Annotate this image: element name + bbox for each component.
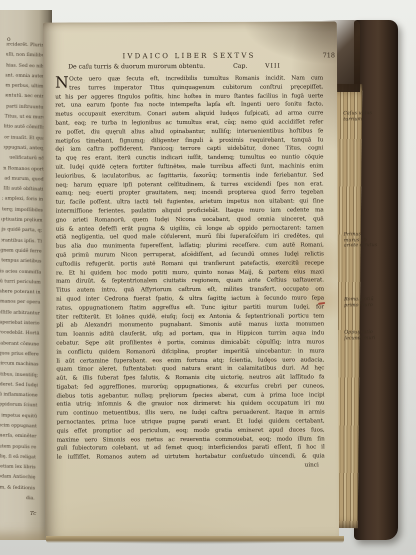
marginal-note: Caſus unius turrium — [343, 111, 377, 123]
marginal-note: Roma. potiū primo muro — [344, 297, 378, 309]
chapter-label: Cap. — [233, 63, 247, 70]
signature-mark: Tc — [30, 511, 36, 517]
page-number: 718 — [323, 51, 335, 59]
drop-cap-initial: N — [55, 75, 68, 92]
running-header-title: IVDAICO LIBER SEXTVS — [122, 52, 255, 61]
book-photo: o interciderēt. Pluriminulli, non ſimili… — [0, 0, 416, 555]
text-block: IVDAICO LIBER SEXTVS 718 De caſu turris … — [55, 51, 325, 469]
body-line: le iuſſiſſet. Romanos autem ad uirtutem … — [57, 453, 325, 463]
body-lines: Octe uero quæ ſecuta eſt, incredibilis t… — [55, 74, 325, 462]
body-text: N Octe uero quæ ſecuta eſt, incredibilis… — [55, 74, 325, 469]
fragment-line: dia. — [0, 494, 42, 506]
chapter-heading-row: De caſu turris & duorum murorum obtentu.… — [55, 62, 323, 72]
right-page: IVDAICO LIBER SEXTVS 718 De caſu turris … — [43, 21, 339, 538]
chapter-number: VIII — [265, 63, 281, 70]
running-header: IVDAICO LIBER SEXTVS 718 — [55, 51, 323, 61]
marginal-note: Oppugnatio ſecundi muri — [344, 330, 378, 342]
bottom-page-edge — [46, 536, 344, 543]
marginal-note: Primus murus ab ariete dirutus — [344, 232, 378, 249]
catchword: uinci — [57, 462, 325, 469]
chapter-title: De caſu turris & duorum murorum obtentu. — [68, 63, 205, 71]
